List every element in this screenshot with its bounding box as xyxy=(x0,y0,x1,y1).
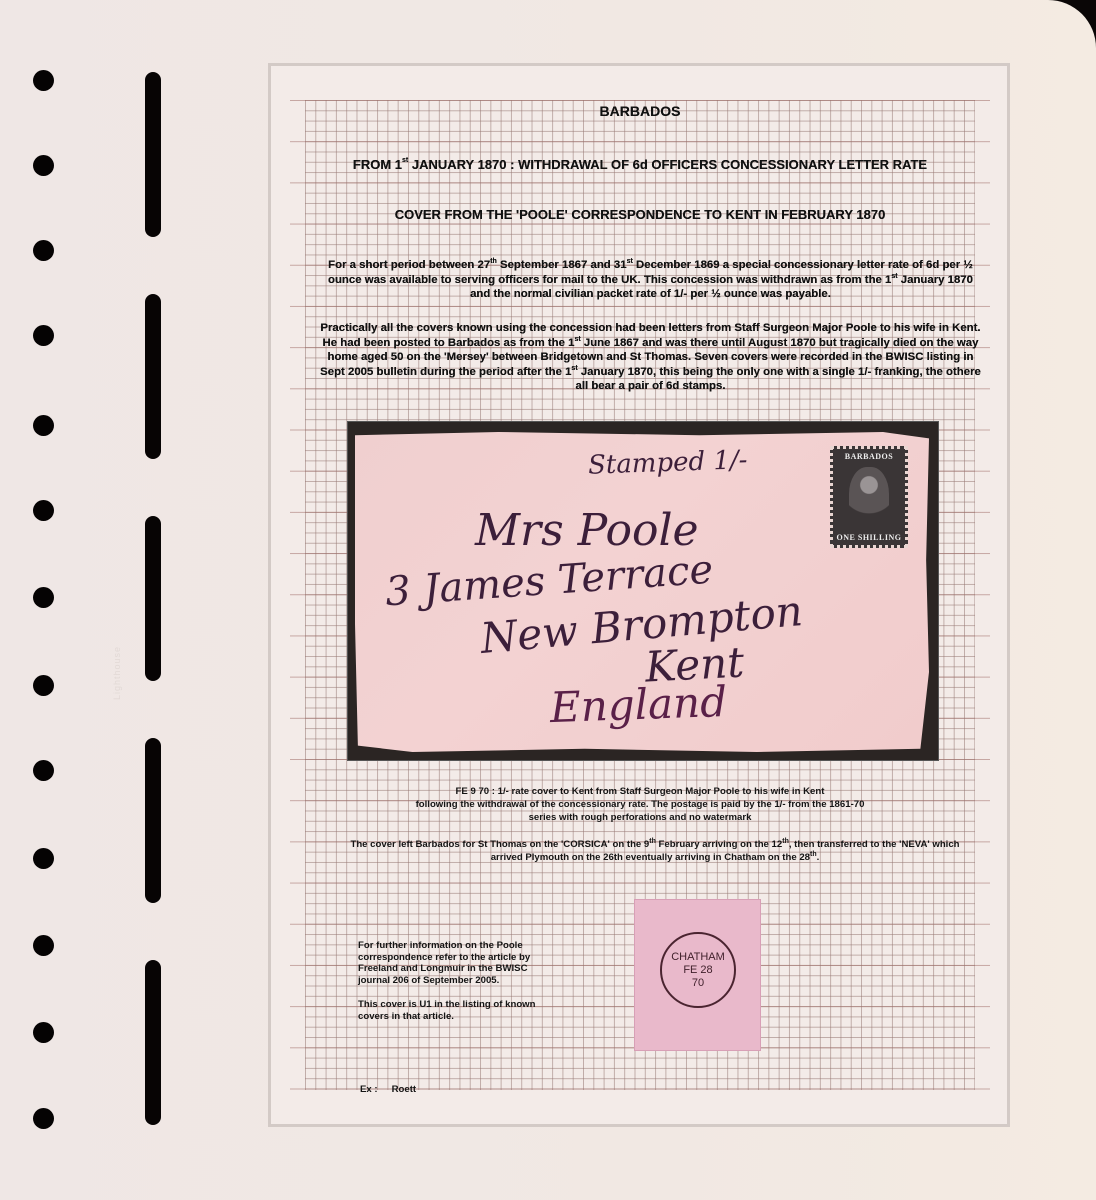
caption-line: following the withdrawal of the concessi… xyxy=(305,798,975,811)
punch-hole xyxy=(33,155,54,176)
punch-hole xyxy=(33,587,54,608)
caption-cover: FE 9 70 : 1/- rate cover to Kent from St… xyxy=(305,785,975,824)
punch-hole xyxy=(33,240,54,261)
postmark-year: 70 xyxy=(692,977,704,990)
further-info-note: For further information on the Poole cor… xyxy=(358,940,558,1034)
punch-hole xyxy=(33,1022,54,1043)
postmark-town: CHATHAM xyxy=(671,951,725,964)
handwriting-stamped: Stamped 1/- xyxy=(588,445,748,481)
postmark-date: FE 28 xyxy=(683,964,712,977)
stamp-one-shilling: BARBADOS ONE SHILLING xyxy=(830,446,908,548)
punch-hole xyxy=(33,935,54,956)
punch-hole xyxy=(33,500,54,521)
provenance-value: Roett xyxy=(392,1084,417,1095)
punch-hole xyxy=(33,760,54,781)
punch-hole xyxy=(33,415,54,436)
watermark-text: Lighthouse xyxy=(112,500,142,700)
paragraph-poole: Practically all the covers known using t… xyxy=(318,321,983,394)
binder-slot xyxy=(145,738,161,903)
caption-line: FE 9 70 : 1/- rate cover to Kent from St… xyxy=(305,785,975,798)
binder-slot xyxy=(145,294,161,459)
note-listing: This cover is U1 in the listing of known… xyxy=(358,999,558,1022)
binder-slot xyxy=(145,960,161,1125)
note-reference: For further information on the Poole cor… xyxy=(358,940,558,987)
provenance-label: Ex : xyxy=(360,1084,378,1095)
handwriting-addressee: Mrs Poole xyxy=(475,505,699,556)
provenance: Ex :Roett xyxy=(360,1084,430,1095)
punch-hole xyxy=(33,1108,54,1129)
caption-route: The cover left Barbados for St Thomas on… xyxy=(340,838,970,864)
heading-cover: COVER FROM THE 'POOLE' CORRESPONDENCE TO… xyxy=(305,207,975,222)
stamp-value: ONE SHILLING xyxy=(837,533,902,542)
album-page: Lighthouse BARBADOS FROM 1st JANUARY 187… xyxy=(0,0,1096,1200)
stamp-country: BARBADOS xyxy=(845,452,893,461)
binder-slot xyxy=(145,72,161,237)
punch-hole xyxy=(33,675,54,696)
punch-hole xyxy=(33,325,54,346)
heading-withdrawal: FROM 1st JANUARY 1870 : WITHDRAWAL OF 6d… xyxy=(305,157,975,172)
binder-slot xyxy=(145,516,161,681)
paragraph-concession: For a short period between 27th Septembe… xyxy=(318,258,983,302)
punch-hole xyxy=(33,848,54,869)
handwriting-country: England xyxy=(549,677,728,732)
punch-hole xyxy=(33,70,54,91)
caption-line: series with rough perforations and no wa… xyxy=(305,811,975,824)
britannia-figure-icon xyxy=(849,467,889,527)
chatham-postmark: CHATHAM FE 28 70 xyxy=(660,932,736,1008)
page-title: BARBADOS xyxy=(305,103,975,119)
